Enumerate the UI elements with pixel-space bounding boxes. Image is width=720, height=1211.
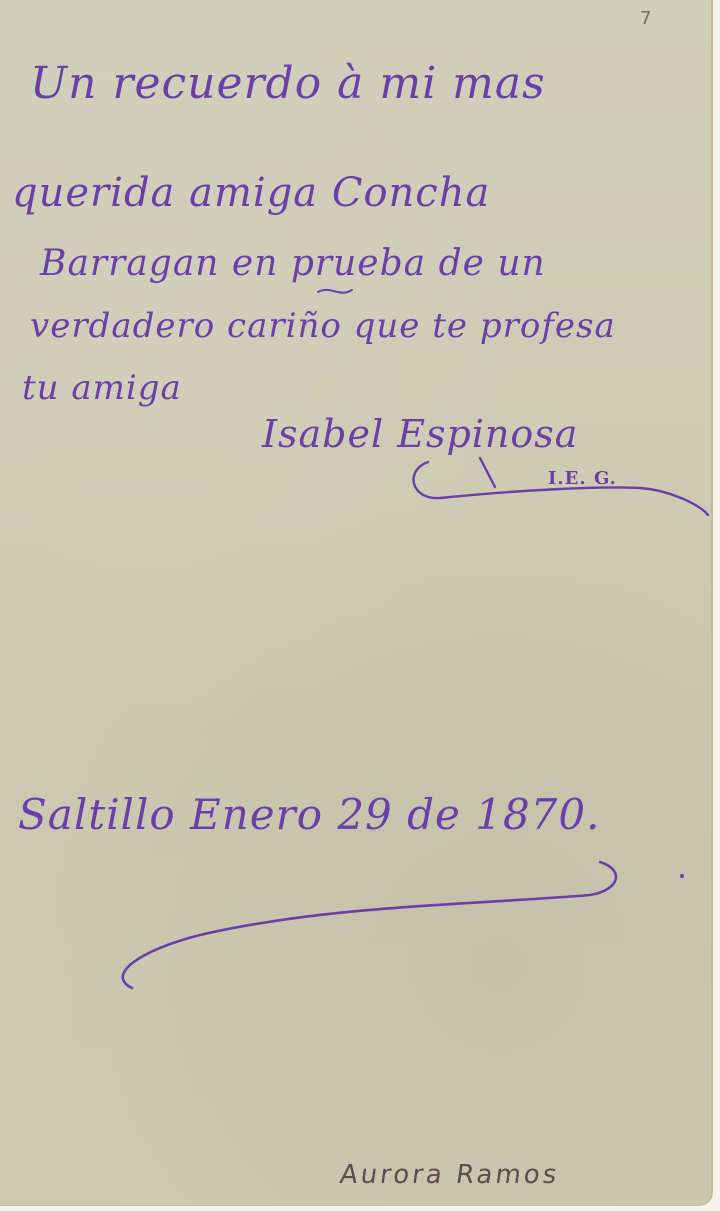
dedication-line-1: Un recuerdo à mi mas	[30, 58, 546, 109]
dedication-line-4: verdadero cariño que te profesa	[30, 306, 616, 346]
place-date: Saltillo Enero 29 de 1870.	[18, 790, 600, 839]
dedication-line-3: Barragan en prueba de un	[40, 243, 546, 284]
card-stock: 7 Un recuerdo à mi mas querida amiga Con…	[0, 0, 713, 1206]
signature: Isabel Espinosa	[262, 412, 578, 456]
signature-initials: I.E. G.	[548, 468, 617, 489]
dedication-line-2: querida amiga Concha	[12, 170, 490, 216]
pencil-annotation: Aurora Ramos	[338, 1160, 562, 1190]
page-number: 7	[640, 8, 651, 29]
dedication-line-5: tu amiga	[22, 368, 182, 408]
